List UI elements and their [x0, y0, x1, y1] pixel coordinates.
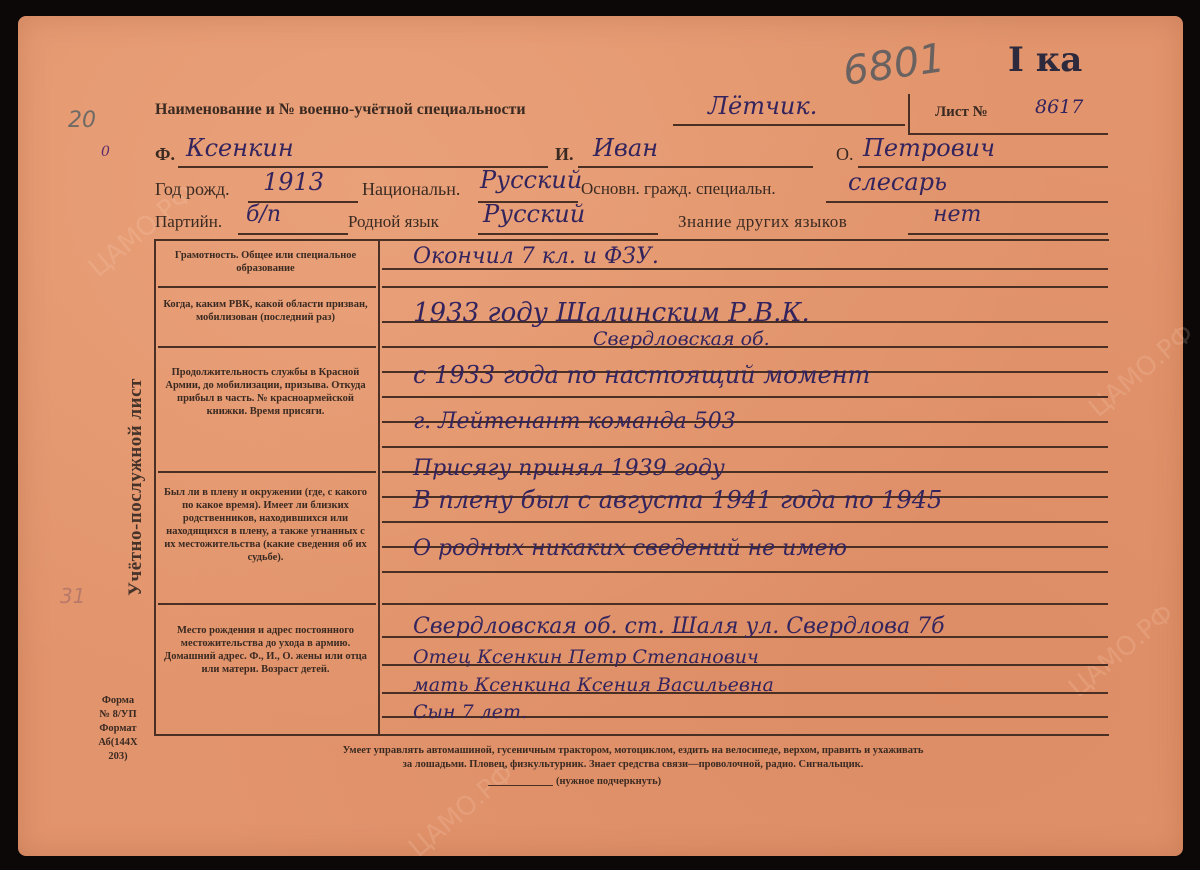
margin-note: 20	[68, 108, 96, 133]
table-bottom-border	[154, 734, 1109, 736]
section-label-conscription: Когда, каким РВК, какой области призван,…	[163, 298, 368, 324]
writing-line	[382, 446, 1108, 448]
form-info: Форма № 8/УП Формат Аб(144Х 203)	[78, 694, 158, 764]
section-label-education: Грамотность. Общее или специальное образ…	[163, 249, 368, 275]
entry-captivity: В плену был с августа 1941 года по 1945	[413, 486, 942, 514]
service-record-card: ЦАМО.РФ ЦАМО.РФ ЦАМО.РФ ЦАМО.РФ 20 0 31 …	[18, 16, 1183, 856]
section-divider	[158, 286, 376, 288]
margin-note: 31	[60, 584, 85, 608]
underline	[238, 233, 348, 235]
surname-value: Ксенкин	[186, 134, 294, 162]
underline	[488, 785, 553, 786]
section-divider	[158, 603, 376, 605]
name-value: Иван	[593, 134, 658, 162]
section-divider	[158, 346, 376, 348]
nationality-value: Русский	[480, 166, 582, 194]
entry-conscription: 1933 году Шалинским Р.В.К.	[413, 298, 810, 328]
watermark: ЦАМО.РФ	[403, 759, 520, 864]
birth-year-value: 1913	[263, 168, 324, 196]
nationality-label: Национальн.	[362, 179, 460, 200]
entry-oath: Присягу принял 1939 году	[413, 456, 725, 481]
watermark: ЦАМО.РФ	[1063, 599, 1180, 704]
sheet-value: 8617	[1035, 96, 1083, 118]
entry-mother: мать Ксенкина Ксения Васильевна	[413, 674, 774, 696]
writing-line	[382, 286, 1108, 288]
entry-rank-unit: г. Лейтенант команда 503	[413, 409, 736, 434]
underline	[478, 233, 658, 235]
patronymic-label: О.	[836, 144, 854, 165]
other-lang-value: нет	[933, 202, 981, 227]
margin-note: 0	[101, 144, 110, 160]
specialty-value: Лётчик.	[708, 92, 817, 120]
birth-year-label: Год рожд.	[155, 179, 230, 200]
sheet-label: Лист №	[935, 104, 988, 121]
table-column-divider	[378, 239, 380, 734]
underline	[908, 233, 1108, 235]
entry-education: Окончил 7 кл. и ФЗУ.	[413, 244, 659, 269]
underline	[578, 166, 813, 168]
name-label: И.	[555, 144, 574, 165]
patronymic-value: Петрович	[863, 134, 995, 162]
pencil-number: 6801	[840, 35, 947, 95]
entry-service: с 1933 года по настоящий момент	[413, 361, 870, 389]
corner-mark: I ка	[1008, 40, 1082, 80]
section-label-service: Продолжительность службы в Красной Армии…	[163, 366, 368, 418]
writing-line	[382, 571, 1108, 573]
side-title: Учётно-послужной лист	[125, 357, 147, 617]
party-label: Партийн.	[155, 212, 222, 232]
civil-specialty-label: Основн. гражд. специальн.	[581, 179, 776, 199]
party-value: б/п	[246, 202, 281, 227]
surname-label: Ф.	[155, 144, 175, 165]
entry-children: Сын 7 лет.	[413, 701, 527, 723]
writing-line	[382, 521, 1108, 523]
section-label-address: Место рождения и адрес постоянного место…	[163, 624, 368, 676]
writing-line	[382, 603, 1108, 605]
writing-line	[382, 396, 1108, 398]
entry-relatives: О родных никаких сведений не имею	[413, 536, 847, 561]
native-lang-value: Русский	[483, 200, 585, 228]
table-top-border	[154, 239, 1109, 241]
section-label-captivity: Был ли в плену и окружении (где, с каког…	[163, 486, 368, 564]
other-lang-label: Знание других языков	[678, 212, 847, 232]
native-lang-label: Родной язык	[348, 212, 439, 232]
table-left-border	[154, 239, 156, 734]
entry-father: Отец Ксенкин Петр Степанович	[413, 646, 759, 668]
entry-birthplace: Свердловская об. ст. Шаля ул. Свердлова …	[413, 614, 945, 639]
underline	[673, 124, 905, 126]
specialty-label: Наименование и № военно-учётной специаль…	[155, 101, 526, 119]
section-divider	[158, 471, 376, 473]
footer-note: (нужное подчеркнуть)	[556, 776, 661, 787]
entry-conscription-region: Свердловская об.	[593, 328, 770, 350]
civil-specialty-value: слесарь	[848, 168, 947, 196]
skills-text: Умеет управлять автомашиной, гусеничным …	[158, 744, 1108, 772]
divider	[908, 94, 910, 134]
